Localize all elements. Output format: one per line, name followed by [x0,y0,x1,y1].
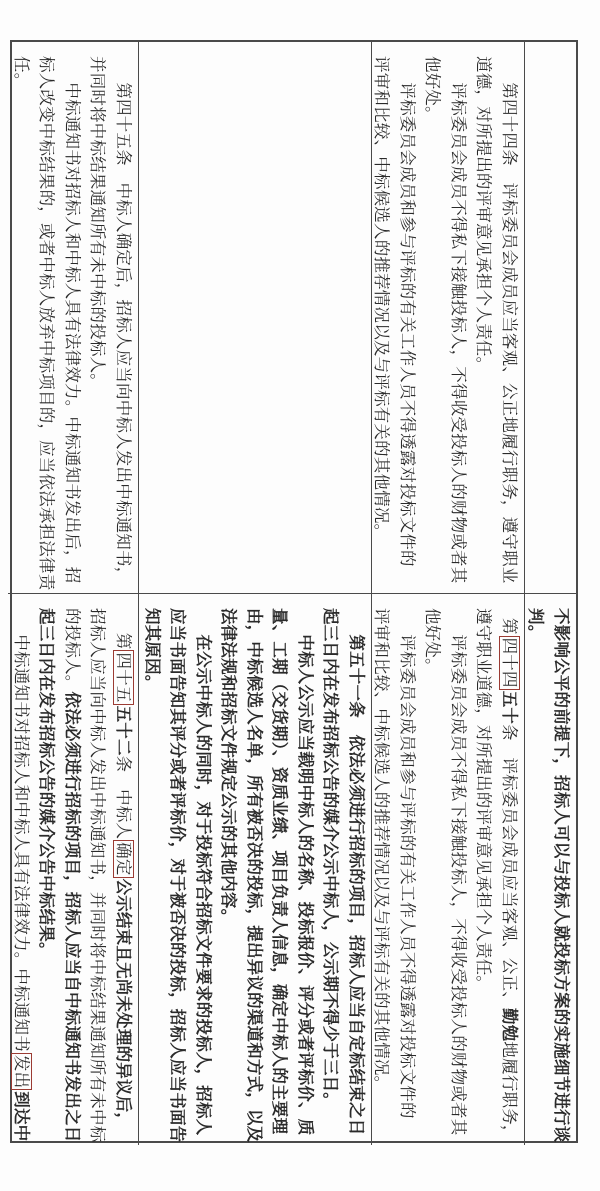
text-line: 中标通知书对招标人和中标人具有法律效力。中标通知书发出后，招 [60,56,86,585]
law-text: 评标委员会成员不得私下接触投标人，不得收受投标人的财物或者其 [449,634,468,1135]
text-line: 招标人应当向中标人发出中标通知书，并同时将中标结果通知所有未中标 [85,608,111,1137]
law-text: 道德，对所提出的评审意见承担个人责任。 [475,56,494,373]
revision-deleted-box: 发出 [11,1053,32,1090]
text-line: 第四十五五十二条 中标人确定公示结束且无尚未处理的异议后， [111,608,137,1137]
text-line: 判。 [524,608,549,1137]
text-line: 并同时将中标结果通知所有未中标的投标人。 [85,56,111,585]
revision-added-text: 起三日内在发布招标公告的媒介公告中标结果。 [38,608,57,959]
text-line: 评标委员会成员和参与评标的有关工作人员不得透露对投标文件的 [395,56,421,585]
text-line: 量、工期（交货期）、资质业绩、项目负责人信息，确定中标人的主要理 [267,608,293,1137]
revision-added-text: 依法必须进行招标的项目，招标人应当自中标通知书发出之日 [63,692,82,1143]
revision-added-text: 到达中 [12,1091,31,1141]
revision-added-text: 在公示中标人的同时，对于投标符合招标文件要求的投标人，招标人 [194,634,213,1135]
law-text: 中标通知书对招标人和中标人具有法律效力。中标通知书 [12,634,31,1052]
law-text: 的投标人。 [63,608,82,692]
law-text: 标人改变中标结果的，或者中标人放弃中标项目的，应当依法承担法律责 [38,56,57,590]
text-line: 标人改变中标结果的，或者中标人放弃中标项目的，应当依法承担法律责 [34,56,60,585]
law-text: 招标人应当向中标人发出中标通知书，并同时将中标结果通知所有未中标 [89,608,108,1142]
revision-added-text: 法律法规和招标文件规定公示的其他内容。 [220,608,239,925]
text-line: 中标通知书对招标人和中标人具有法律效力。中标通知书发出到达中 [9,608,35,1137]
cell-row2-left: 第四十四条 评标委员会成员应当客观、公正地履行职务，遵守职业道德，对所提出的评审… [371,42,524,594]
law-text: 评审和比较、中标候选人的推荐情况以及与评标有关的其他情况。 [373,608,392,1092]
law-text: 他好处。 [424,608,443,675]
text-line: 的投标人。依法必须进行招标的项目，招标人应当自中标通知书发出之日 [60,608,86,1137]
text-line: 不影响公平的前提下，招标人可以与投标人就投标方案的实施细节进行谈 [549,608,575,1137]
law-text: 评标委员会成员和参与评标的有关工作人员不得透露对投标文件的 [398,82,417,566]
cell-row1-right: 不影响公平的前提下，招标人可以与投标人就投标方案的实施细节进行谈判。 [524,594,576,1145]
text-line: 评标委员会成员不得私下接触投标人，不得收受投标人的财物或者其 [446,56,472,585]
law-text: 第四十四条 评标委员会成员应当客观、公正地履行职务，遵守职业 [500,82,519,583]
cell-row3-right: 第五十一条 依法必须进行招标的项目，招标人应当自定标结束之日起三日内在发布招标公… [138,594,371,1145]
law-text: 中标通知书对招标人和中标人具有法律效力。中标通知书发出后，招 [63,82,82,583]
text-line: 中标人公示应当载明中标人的名称、投标报价、评分或者评标价、质 [293,608,319,1137]
text-line: 知其原因。 [140,608,166,1137]
revision-added-text: 中标人公示应当载明中标人的名称、投标报价、评分或者评标价、质 [296,634,315,1135]
text-line: 第四十五条 中标人确定后，招标人应当向中标人发出中标通知书， [111,56,137,585]
revision-added-text: 公示结束且无尚未处理的异议后， [114,879,133,1130]
cell-row4-right: 第四十五五十二条 中标人确定公示结束且无尚未处理的异议后，招标人应当向中标人发出… [8,594,138,1145]
text-line: 在公示中标人的同时，对于投标符合招标文件要求的投标人，招标人 [191,608,217,1137]
text-line: 任。 [9,56,35,585]
revision-added-text: 五十二 [114,706,133,756]
text-line: 道德，对所提出的评审意见承担个人责任。 [471,56,497,585]
text-line: 他好处。 [420,56,446,585]
revision-added-text: 起三日内在发布招标公告的媒介公示中标人，公示期不得少于三日。 [322,608,341,1109]
text-line: 由，中标候选人名单，所有被否决的投标，提出异议的渠道和方式，以及 [242,608,268,1137]
cell-row1-left [524,42,576,594]
text-line: 评标委员会成员不得私下接触投标人，不得收受投标人的财物或者其 [446,608,472,1137]
law-text: 第四十五条 中标人确定后，招标人应当向中标人发出中标通知书， [114,82,133,583]
revision-added-text: 不影响公平的前提下，招标人可以与投标人就投标方案的实施细节进行谈 [552,608,571,1142]
law-text: 他好处。 [424,56,443,123]
text-line: 遵守职业道德，对所提出的评审意见承担个人责任。 [471,608,497,1137]
cell-row3-left [138,42,371,594]
text-line: 起三日内在发布招标公告的媒介公示中标人，公示期不得少于三日。 [318,608,344,1137]
text-line: 法律法规和招标文件规定公示的其他内容。 [216,608,242,1137]
revision-added-text: 由，中标候选人名单，所有被否决的投标，提出异议的渠道和方式，以及 [245,608,264,1142]
revision-added-text: 第五十一条 依法必须进行招标的项目，招标人应当自定标结束之日 [347,634,366,1135]
law-text: 第 [500,618,519,635]
rotated-page: 不影响公平的前提下，招标人可以与投标人就投标方案的实施细节进行谈判。第四十四条 … [0,0,600,1191]
law-table: 不影响公平的前提下，招标人可以与投标人就投标方案的实施细节进行谈判。第四十四条 … [10,40,578,1143]
revision-deleted-box: 四十五 [113,650,134,704]
law-text: 评标委员会成员和参与评标的有关工作人员不得透露对投标文件的 [398,634,417,1118]
law-text: 条 评标委员会成员应当客观、公正、 [500,724,519,1008]
cell-row4-left: 第四十五条 中标人确定后，招标人应当向中标人发出中标通知书，并同时将中标结果通知… [8,42,138,594]
revision-added-text: 判。 [527,608,546,641]
revision-added-text: 知其原因。 [143,608,162,692]
text-line: 应当书面告知其评分或者评标价，对于被否决的投标，招标人应当书面告 [165,608,191,1137]
cell-row2-right: 第四十四五十条 评标委员会成员应当客观、公正、勤勉地履行职务，遵守职业道德，对所… [371,594,524,1145]
revision-added-text: 量、工期（交货期）、资质业绩、项目负责人信息，确定中标人的主要理 [271,608,290,1134]
text-line: 评审和比较、中标候选人的推荐情况以及与评标有关的其他情况。 [371,56,395,585]
text-line: 评标委员会成员和参与评标的有关工作人员不得透露对投标文件的 [395,608,421,1137]
text-line: 第四十四五十条 评标委员会成员应当客观、公正、勤勉地履行职务， [497,608,523,1137]
law-text: 任。 [12,56,31,89]
revision-added-text: 应当书面告知其评分或者评标价，对于被否决的投标，招标人应当书面告 [169,608,188,1142]
revision-deleted-box: 确定 [113,840,134,877]
law-text: 第 [114,633,133,650]
law-text: 遵守职业道德，对所提出的评审意见承担个人责任。 [475,608,494,992]
revision-added-text: 勤勉 [500,1008,519,1041]
revision-added-text: 五十 [500,691,519,724]
law-text: 地履行职务， [500,1041,519,1141]
text-line: 评审和比较、中标候选人的推荐情况以及与评标有关的其他情况。 [371,608,395,1137]
law-text: 条 中标人 [114,756,133,840]
text-line: 起三日内在发布招标公告的媒介公告中标结果。 [34,608,60,1137]
revision-deleted-box: 四十四 [499,636,520,690]
text-line: 第四十四条 评标委员会成员应当客观、公正地履行职务，遵守职业 [497,56,523,585]
text-line: 他好处。 [420,608,446,1137]
scanned-document: 不影响公平的前提下，招标人可以与投标人就投标方案的实施细节进行谈判。第四十四条 … [0,0,600,1191]
text-line: 第五十一条 依法必须进行招标的项目，招标人应当自定标结束之日 [344,608,370,1137]
law-text: 并同时将中标结果通知所有未中标的投标人。 [89,56,108,390]
law-text: 评标委员会成员不得私下接触投标人，不得收受投标人的财物或者其 [449,82,468,583]
law-text: 评审和比较、中标候选人的推荐情况以及与评标有关的其他情况。 [373,56,392,540]
